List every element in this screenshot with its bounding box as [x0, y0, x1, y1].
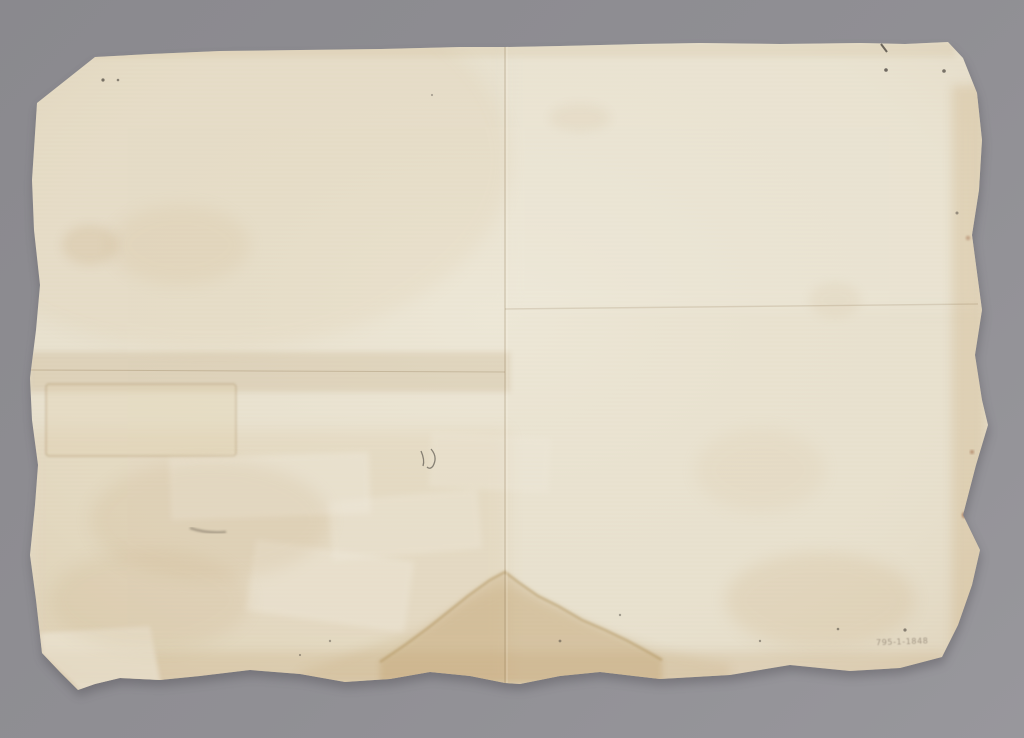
photograph-of-paper-verso: 795-1-1848 — [0, 0, 1024, 738]
paper-verso-illustration — [0, 0, 1024, 738]
label-impression — [46, 384, 236, 456]
